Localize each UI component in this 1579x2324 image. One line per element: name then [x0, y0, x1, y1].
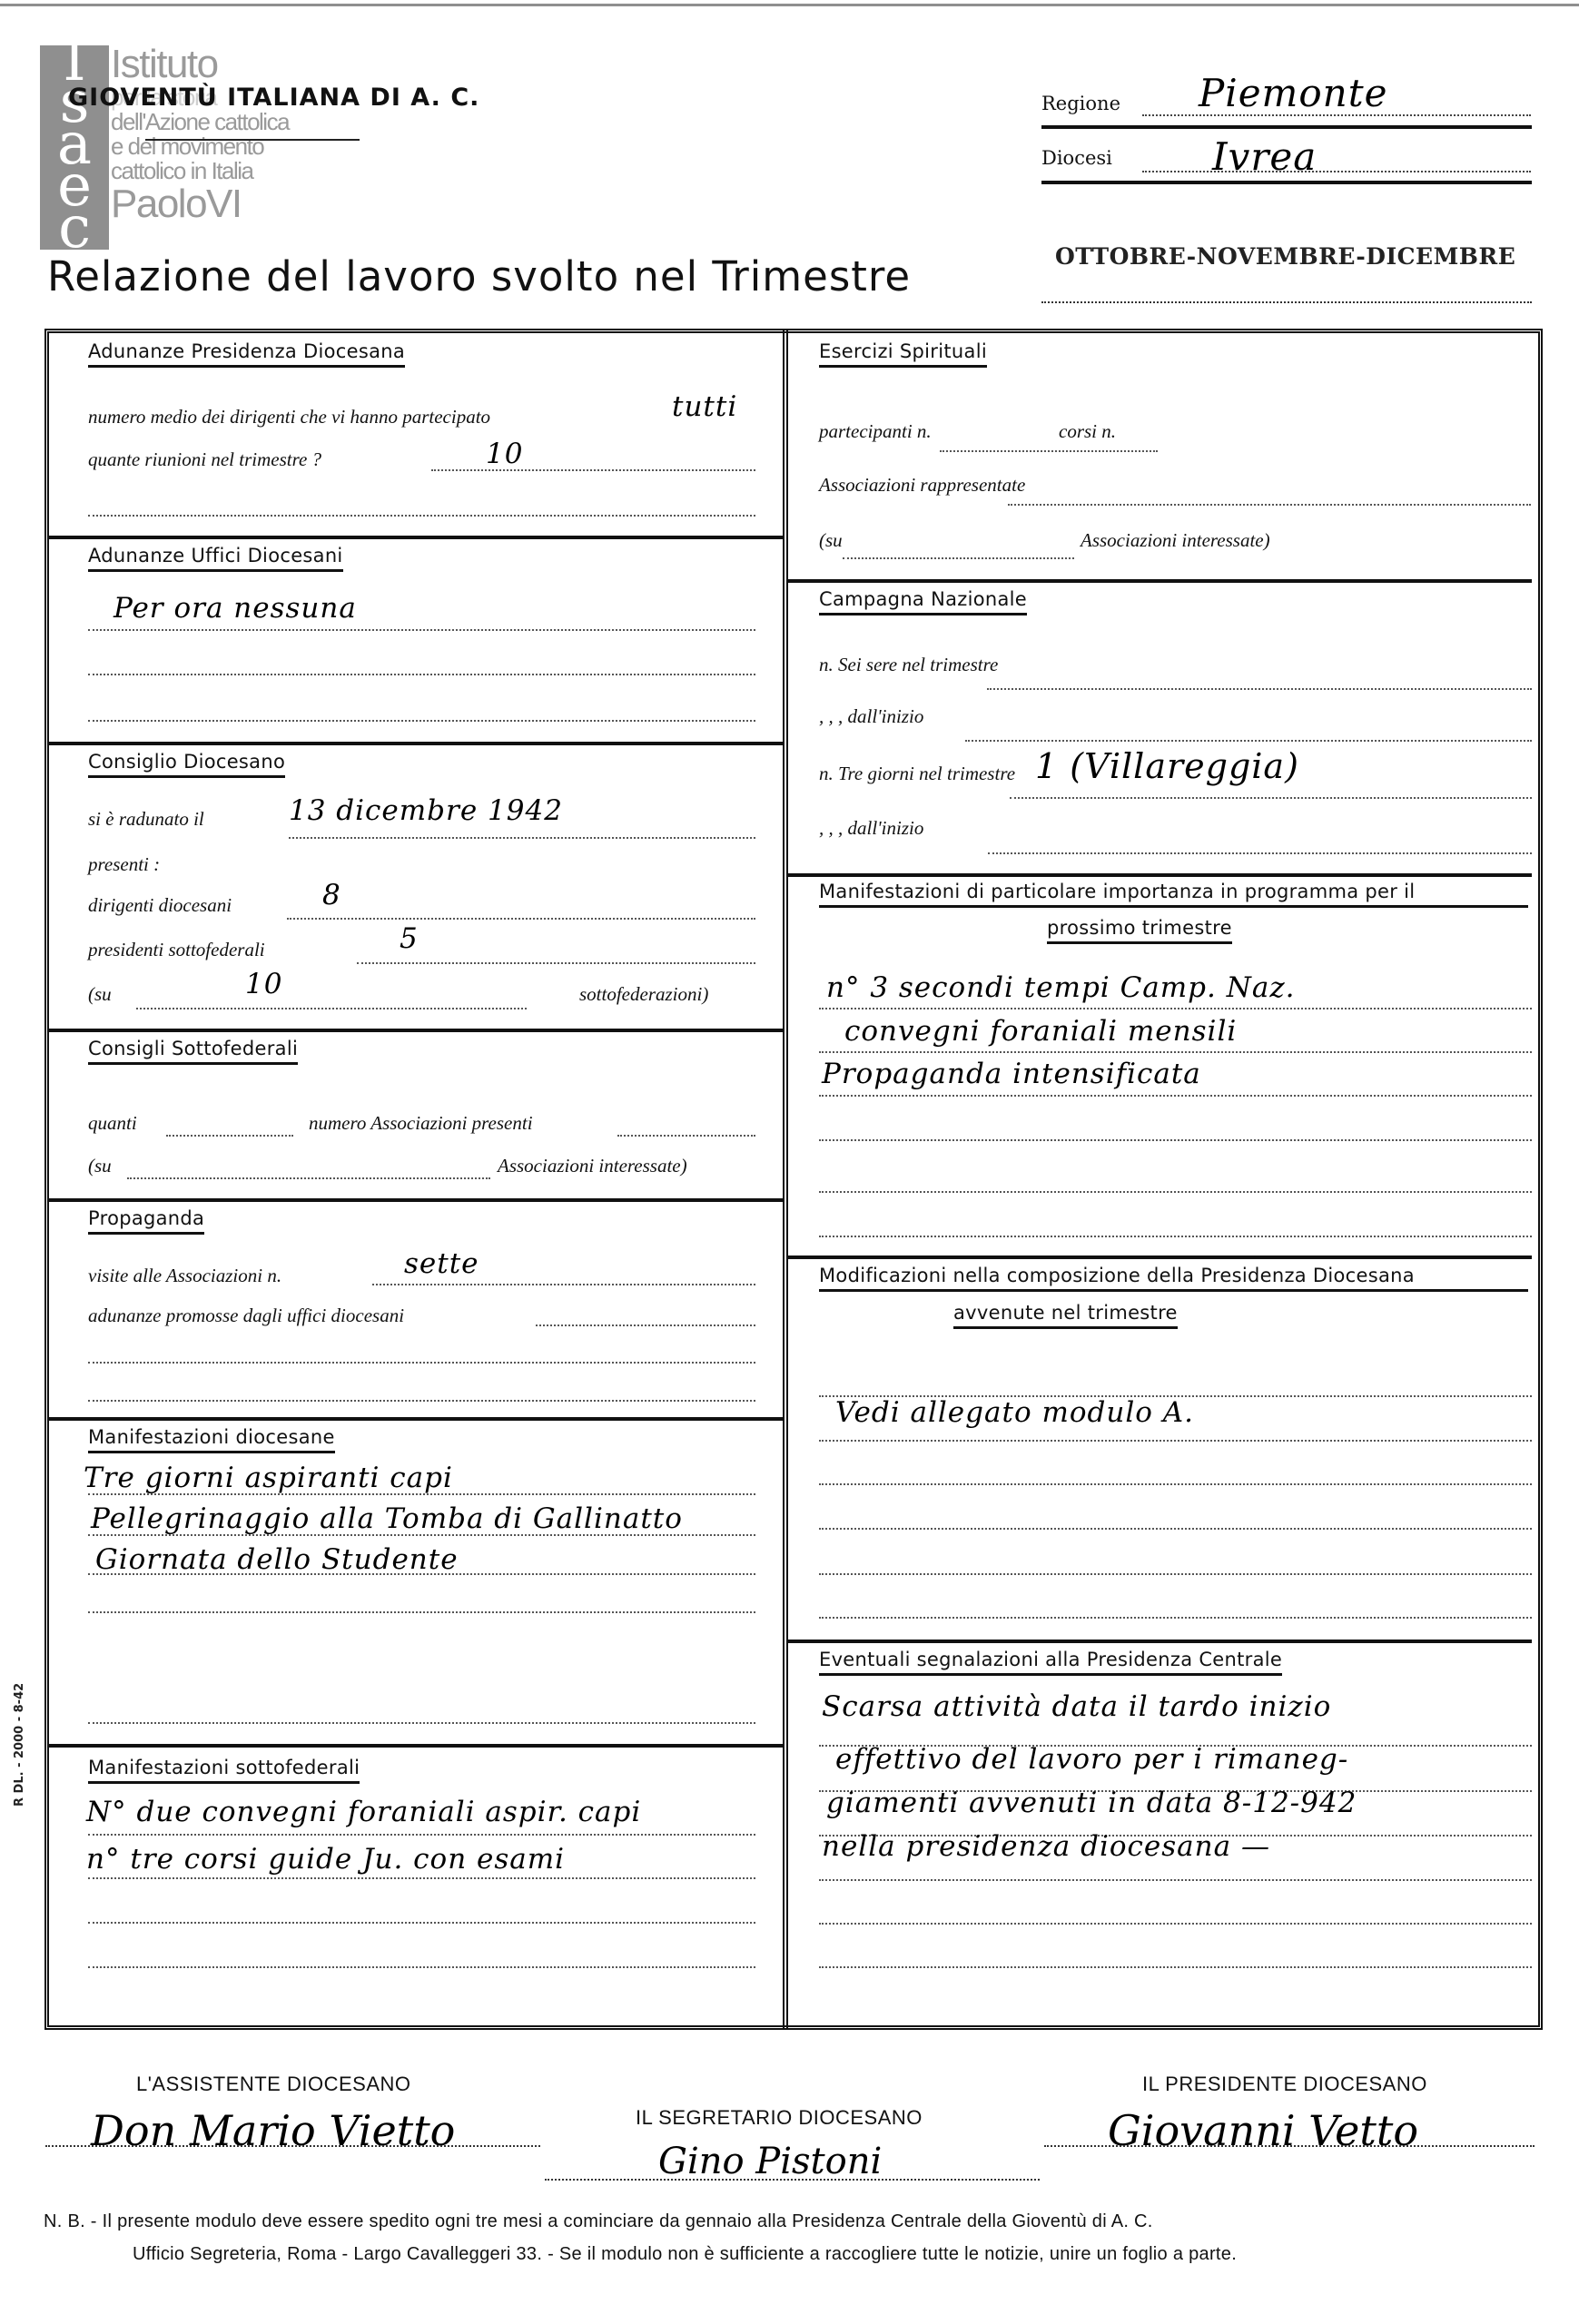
dotted-line	[819, 1236, 1532, 1237]
dotted-line-dall-inizio	[965, 740, 1532, 742]
label-quanti: quanti	[88, 1112, 137, 1135]
trimester-dotted-line	[1041, 301, 1532, 303]
scan-top-edge	[0, 4, 1579, 6]
footer-note-line-2: Ufficio Segreteria, Roma - Largo Cavalle…	[133, 2244, 1237, 2265]
watermark-logo-letters: I s a e c	[40, 40, 109, 249]
value-quante-riunioni[interactable]: 10	[486, 438, 523, 470]
section-divider	[788, 1256, 1532, 1259]
dotted-line-quante-riunioni	[431, 469, 755, 471]
section-title-modificazioni: Modificazioni nella composizione della P…	[819, 1265, 1528, 1292]
dotted-line	[88, 1534, 755, 1536]
label-radunato: si è radunato il	[88, 808, 204, 831]
dotted-line-sei-sere	[987, 688, 1532, 690]
section-divider	[49, 1198, 783, 1202]
dotted-line	[819, 1923, 1532, 1925]
diocese-rule	[1041, 181, 1532, 184]
section-divider	[788, 873, 1532, 877]
section-divider	[49, 1744, 783, 1748]
dotted-line-blank	[88, 515, 755, 517]
dotted-line-tre-giorni	[1010, 797, 1532, 799]
dotted-line	[819, 1573, 1532, 1575]
dotted-line-quanti	[166, 1135, 293, 1137]
segretario-signature[interactable]: Gino Pistoni	[658, 2141, 882, 2182]
region-label: Regione	[1041, 93, 1120, 114]
side-print-code: R DL. - 2000 - 8-42	[13, 1683, 26, 1807]
assistente-label: L'ASSISTENTE DIOCESANO	[136, 2073, 411, 2096]
dotted-line	[819, 1440, 1532, 1442]
value-tre-giorni[interactable]: 1 (Villareggia)	[1035, 746, 1299, 786]
dotted-line-su	[136, 1008, 527, 1009]
dotted-line	[88, 720, 755, 722]
section-title-segnalazioni: Eventuali segnalazioni alla Presidenza C…	[819, 1649, 1282, 1676]
label-su: (su	[88, 983, 112, 1006]
value-presidenti-sottofederali[interactable]: 5	[400, 922, 419, 955]
value-segnalazioni-line[interactable]: Scarsa attività data il tardo inizio	[822, 1690, 1331, 1723]
dotted-line	[88, 1493, 755, 1495]
column-divider	[783, 329, 788, 2030]
value-radunato[interactable]: 13 dicembre 1942	[289, 794, 563, 827]
dotted-line-dirigenti	[287, 918, 755, 920]
value-segnalazioni-line[interactable]: effettivo del lavoro per i rimaneg-	[835, 1743, 1348, 1776]
dotted-line	[88, 1834, 755, 1836]
dotted-line-su	[843, 557, 1074, 559]
label-presenti: presenti :	[88, 853, 160, 876]
section-divider	[788, 1640, 1532, 1643]
label-numero-medio-dirigenti: numero medio dei dirigenti che vi hanno …	[88, 406, 490, 428]
label-associazioni-interessate: Associazioni interessate)	[498, 1155, 687, 1177]
label-visite-associazioni: visite alle Associazioni n.	[88, 1265, 281, 1287]
label-partecipanti: partecipanti n.	[819, 420, 932, 443]
label-sottofederazioni: sottofederazioni)	[579, 983, 708, 1006]
value-manifestazioni-sottofederali-line[interactable]: n° tre corsi guide Ju. con esami	[86, 1843, 565, 1876]
diocese-label: Diocesi	[1041, 147, 1112, 169]
dotted-line-associazioni	[1008, 504, 1531, 506]
section-title-adunanze-uffici: Adunanze Uffici Diocesani	[88, 545, 343, 572]
dotted-line	[819, 1617, 1532, 1619]
diocese-dotted-line	[1142, 171, 1531, 172]
dotted-line	[819, 1528, 1532, 1530]
value-dirigenti-diocesani[interactable]: 8	[322, 879, 341, 911]
dotted-line	[819, 1008, 1532, 1009]
section-title-manifestazioni-diocesane: Manifestazioni diocesane	[88, 1426, 335, 1453]
section-title-esercizi-spirituali: Esercizi Spirituali	[819, 340, 987, 368]
label-dall-inizio: , , , dall'inizio	[819, 705, 923, 728]
dotted-line	[88, 1722, 755, 1724]
section-divider	[49, 536, 783, 539]
presidente-label: IL PRESIDENTE DIOCESANO	[1142, 2073, 1427, 2096]
section-divider	[49, 742, 783, 745]
label-presidenti-sottofederali: presidenti sottofederali	[88, 939, 265, 961]
label-numero-associazioni-presenti: numero Associazioni presenti	[309, 1112, 533, 1135]
label-dirigenti-diocesani: dirigenti diocesani	[88, 894, 232, 917]
value-segnalazioni-line[interactable]: nella presidenza diocesana —	[822, 1830, 1270, 1863]
value-modificazioni[interactable]: Vedi allegato modulo A.	[835, 1396, 1194, 1429]
organization-name: GIOVENTÙ ITALIANA DI A. C.	[68, 84, 479, 112]
dotted-line	[819, 1879, 1532, 1881]
value-manifestazioni-diocesane-line[interactable]: Giornata dello Studente	[95, 1543, 459, 1576]
dotted-line	[819, 1095, 1532, 1097]
section-title-adunanze-presidenza: Adunanze Presidenza Diocesana	[88, 340, 405, 368]
section-title-campagna-nazionale: Campagna Nazionale	[819, 588, 1027, 615]
dotted-line-su	[127, 1177, 490, 1179]
section-subtitle-avvenute: avvenute nel trimestre	[953, 1302, 1178, 1329]
dotted-line	[88, 1400, 755, 1402]
label-su: (su	[88, 1155, 112, 1177]
section-subtitle-prossimo-trimestre: prossimo trimestre	[1047, 917, 1232, 944]
section-title-propaganda: Propaganda	[88, 1207, 204, 1235]
dotted-line	[88, 1611, 755, 1613]
footer-note-line-1: N. B. - Il presente modulo deve essere s…	[44, 2211, 1153, 2232]
label-adunanze-promosse: adunanze promosse dagli uffici diocesani	[88, 1305, 404, 1327]
dotted-line	[819, 1966, 1532, 1968]
label-sei-sere: n. Sei sere nel trimestre	[819, 654, 998, 676]
label-quante-riunioni: quante riunioni nel trimestre ?	[88, 448, 321, 471]
section-title-consiglio-diocesano: Consiglio Diocesano	[88, 751, 285, 778]
dotted-line	[819, 1139, 1532, 1141]
value-adunanze-uffici[interactable]: Per ora nessuna	[113, 592, 357, 625]
dotted-line	[88, 1922, 755, 1924]
region-rule	[1041, 125, 1532, 129]
value-manifestazioni-diocesane-line[interactable]: Pellegrinaggio alla Tomba di Gallinatto	[91, 1502, 683, 1535]
value-programma-line[interactable]: Propaganda intensificata	[822, 1058, 1201, 1090]
watermark-text: Istituto per la storia dell'Azione catto…	[111, 44, 289, 225]
assistente-signature-line	[45, 2145, 540, 2147]
dotted-line	[88, 1573, 755, 1575]
segretario-label: IL SEGRETARIO DIOCESANO	[636, 2106, 923, 2130]
dotted-line-adunanze	[536, 1324, 755, 1326]
dotted-line-partecipanti	[940, 450, 1158, 452]
dotted-line-numero	[617, 1135, 755, 1137]
dotted-line-radunato	[289, 837, 755, 839]
value-programma-line[interactable]: convegni foraniali mensili	[844, 1015, 1237, 1048]
section-title-manifestazioni-sottofederali: Manifestazioni sottofederali	[88, 1757, 360, 1784]
label-associazioni-interessate: Associazioni interessate)	[1081, 529, 1270, 552]
section-title-manifestazioni-programma: Manifestazioni di particolare importanza…	[819, 881, 1528, 908]
page-title: Relazione del lavoro svolto nel Trimestr…	[47, 252, 911, 300]
assistente-signature[interactable]: Don Mario Vietto	[91, 2106, 455, 2155]
region-value[interactable]: Piemonte	[1199, 71, 1387, 115]
section-divider	[49, 1417, 783, 1421]
label-tre-giorni: n. Tre giorni nel trimestre	[819, 763, 1015, 785]
dotted-line	[88, 1877, 755, 1879]
dotted-line	[819, 1051, 1532, 1053]
label-su: (su	[819, 529, 843, 552]
value-programma-line[interactable]: n° 3 secondi tempi Camp. Naz.	[826, 971, 1296, 1004]
section-divider	[49, 1029, 783, 1032]
section-divider	[788, 579, 1532, 583]
value-su-sottofederazioni[interactable]: 10	[245, 968, 282, 1000]
value-segnalazioni-line[interactable]: giamenti avvenuti in data 8-12-942	[826, 1787, 1357, 1819]
section-title-consigli-sottofederali: Consigli Sottofederali	[88, 1038, 298, 1065]
segretario-signature-line	[545, 2179, 1040, 2181]
dotted-line-presidenti	[357, 962, 755, 964]
label-corsi: corsi n.	[1059, 420, 1116, 443]
dotted-line	[88, 674, 755, 675]
value-manifestazioni-sottofederali-line[interactable]: N° due convegni foraniali aspir. capi	[86, 1796, 641, 1828]
dotted-line	[88, 1362, 755, 1364]
dotted-line	[819, 1483, 1532, 1485]
organization-underline	[145, 139, 360, 141]
presidente-signature-line	[1044, 2145, 1535, 2147]
dotted-line	[88, 1966, 755, 1968]
value-visite-associazioni[interactable]: sette	[404, 1247, 479, 1280]
dotted-line	[88, 629, 755, 631]
value-manifestazioni-diocesane-line[interactable]: Tre giorni aspiranti capi	[84, 1462, 453, 1494]
label-associazioni-rappresentate: Associazioni rappresentate	[819, 474, 1025, 497]
dotted-line-dall-inizio-2	[988, 852, 1532, 854]
value-numero-medio-dirigenti[interactable]: tutti	[672, 390, 737, 423]
dotted-line	[819, 1191, 1532, 1193]
dotted-line-visite	[372, 1284, 755, 1285]
presidente-signature[interactable]: Giovanni Vetto	[1108, 2106, 1418, 2155]
label-dall-inizio-2: , , , dall'inizio	[819, 817, 923, 840]
trimester-value: OTTOBRE-NOVEMBRE-DICEMBRE	[1055, 243, 1515, 270]
diocese-value[interactable]: Ivrea	[1212, 134, 1317, 179]
